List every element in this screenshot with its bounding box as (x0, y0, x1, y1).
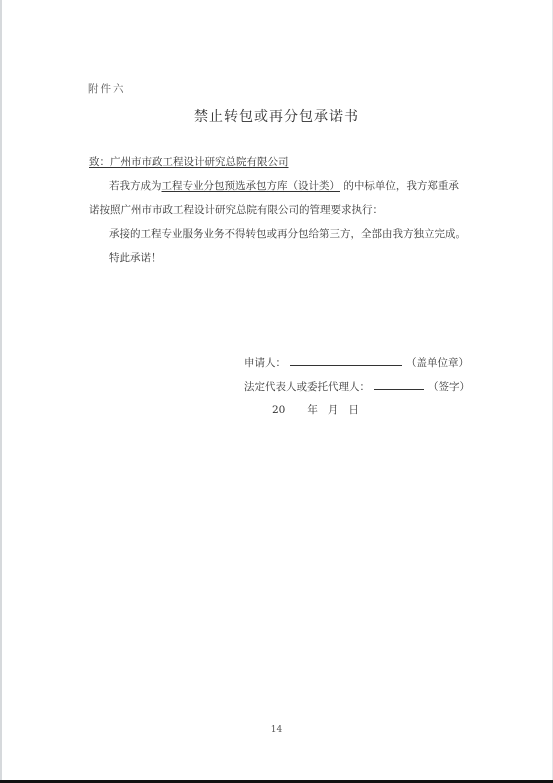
applicant-blank (290, 355, 402, 366)
paragraph-1-prefix: 若我方成为 (109, 180, 162, 192)
representative-signature-line: 法定代表人或委托代理人：（签字） (244, 379, 470, 394)
project-name: 工程专业分包预选承包方库（设计类） (162, 180, 341, 192)
representative-label: 法定代表人或委托代理人： (244, 381, 370, 393)
paragraph-2: 承接的工程专业服务业务不得转包或再分包给第三方，全部由我方独立完成。 (109, 226, 466, 241)
representative-note: （签字） (428, 381, 470, 393)
representative-blank (374, 379, 424, 390)
paragraph-1-suffix: 的中标单位，我方郑重承 (340, 180, 459, 192)
paragraph-1: 若我方成为工程专业分包预选承包方库（设计类） 的中标单位，我方郑重承 (109, 178, 459, 193)
applicant-label: 申请人： (244, 357, 286, 369)
date-year: 年 (307, 402, 318, 417)
date-month: 月 (328, 402, 339, 417)
addressee: 致：广州市市政工程设计研究总院有限公司 (89, 154, 289, 169)
page-number: 14 (0, 725, 553, 735)
document-page: 附件六 禁止转包或再分包承诺书 致：广州市市政工程设计研究总院有限公司 若我方成… (0, 0, 553, 783)
paragraph-3: 特此承诺！ (109, 250, 162, 265)
document-title: 禁止转包或再分包承诺书 (0, 106, 553, 126)
paragraph-1-continuation: 诺按照广州市市政工程设计研究总院有限公司的管理要求执行： (89, 202, 383, 217)
applicant-note: （盖单位章） (406, 357, 469, 369)
applicant-signature-line: 申请人：（盖单位章） (244, 355, 469, 370)
date-line: 20年月日 (272, 402, 359, 417)
date-day: 日 (348, 402, 359, 417)
annex-label: 附件六 (88, 81, 126, 96)
date-year-prefix: 20 (272, 404, 285, 416)
